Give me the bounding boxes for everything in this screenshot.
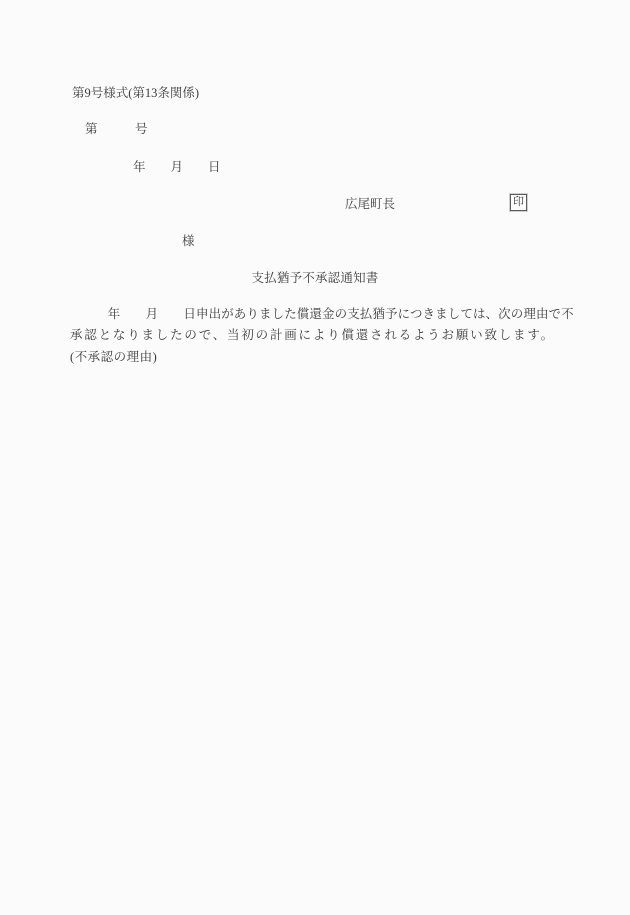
addressee-suffix: 様 (182, 234, 195, 249)
issue-date-line: 年 月 日 (133, 160, 221, 175)
form-style-number: 第9号様式(第13条関係) (72, 86, 199, 101)
disapproval-reason-label: (不承認の理由) (70, 350, 157, 365)
document-number-line: 第 号 (85, 122, 148, 137)
sender-mayor-title: 広尾町長 (345, 197, 395, 212)
seal-mark: 印 (510, 194, 527, 211)
document-page: 第9号様式(第13条関係) 第 号 年 月 日 広尾町長 印 様 支払猶予不承認… (0, 0, 630, 915)
body-line-1: 年 月 日申出がありました償還金の支払猶予につきましては、次の理由で不 (70, 307, 574, 322)
body-line-2: 承認となりましたので、当初の計画により償還されるようお願い致します。 (70, 328, 555, 343)
document-title: 支払猶予不承認通知書 (0, 271, 630, 286)
